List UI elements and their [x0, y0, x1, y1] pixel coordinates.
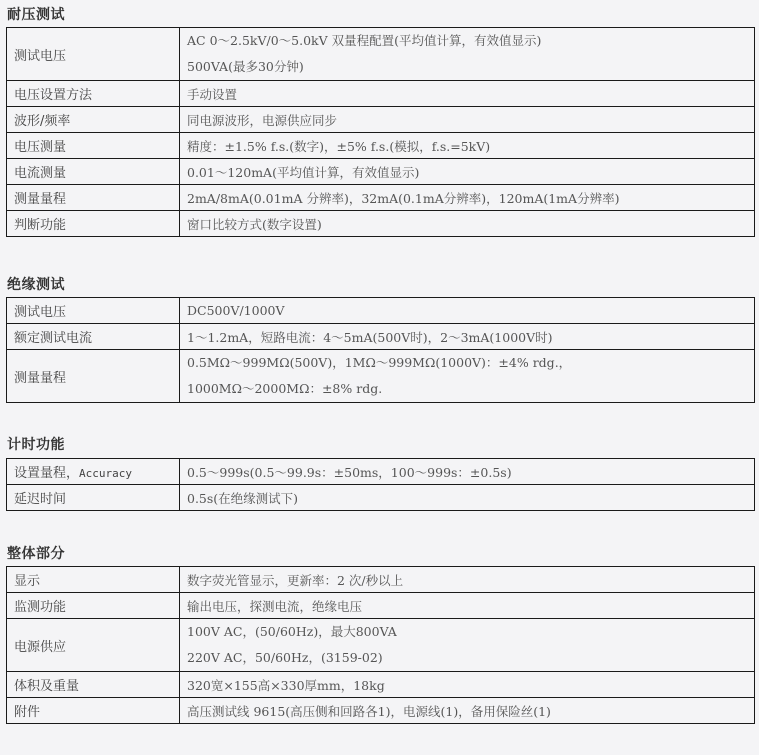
spec-value: 0.5s(在绝缘测试下): [180, 485, 755, 511]
table-row: 额定测试电流 1～1.2mA，短路电流：4～5mA(500V时)，2～3mA(1…: [7, 324, 755, 350]
spec-key: 波形/频率: [7, 107, 180, 133]
table-row: 波形/频率 同电源波形，电源供应同步: [7, 107, 755, 133]
table-row: 电源供应 100V AC，(50/60Hz)，最大800VA 220V AC，5…: [7, 619, 755, 672]
table-row: 测量量程 2mA/8mA(0.01mA 分辨率)，32mA(0.1mA分辨率)，…: [7, 185, 755, 211]
spec-value: 数字荧光管显示，更新率：2 次/秒以上: [180, 567, 755, 593]
spec-key: 测试电压: [7, 28, 180, 81]
spec-value: 2mA/8mA(0.01mA 分辨率)，32mA(0.1mA分辨率)，120mA…: [180, 185, 755, 211]
insulation-spec-table: 测试电压 DC500V/1000V 额定测试电流 1～1.2mA，短路电流：4～…: [6, 297, 755, 403]
spec-key: 电压测量: [7, 133, 180, 159]
spec-key: 额定测试电流: [7, 324, 180, 350]
spec-value: 1～1.2mA，短路电流：4～5mA(500V时)，2～3mA(1000V时): [180, 324, 755, 350]
table-row: 附件 高压测试线 9615(高压侧和回路各1)，电源线(1)，备用保险丝(1): [7, 698, 755, 724]
spec-value-line: 500VA(最多30分钟): [187, 54, 754, 80]
spec-key: 体积及重量: [7, 672, 180, 698]
spec-value: 0.5～999s(0.5～99.9s：±50ms，100～999s：±0.5s): [180, 459, 755, 485]
spec-value-line: 1000MΩ～2000MΩ：±8% rdg.: [187, 376, 754, 402]
section-title-timer-function: 计时功能: [7, 434, 65, 454]
spec-key: 延迟时间: [7, 485, 180, 511]
withstand-voltage-spec-table: 测试电压 AC 0～2.5kV/0～5.0kV 双量程配置(平均值计算，有效值显…: [6, 27, 755, 237]
spec-key: 监测功能: [7, 593, 180, 619]
table-row: 电流测量 0.01～120mA(平均值计算，有效值显示): [7, 159, 755, 185]
section-title-insulation-test: 绝缘测试: [7, 274, 65, 294]
spec-value: AC 0～2.5kV/0～5.0kV 双量程配置(平均值计算，有效值显示) 50…: [180, 28, 755, 81]
spec-key: 电源供应: [7, 619, 180, 672]
table-row: 电压测量 精度：±1.5% f.s.(数字)，±5% f.s.(模拟，f.s.=…: [7, 133, 755, 159]
spec-value-line: 0.5MΩ～999MΩ(500V)，1MΩ～999MΩ(1000V)：±4% r…: [187, 350, 754, 376]
spec-value: DC500V/1000V: [180, 298, 755, 324]
table-row: 测试电压 AC 0～2.5kV/0～5.0kV 双量程配置(平均值计算，有效值显…: [7, 28, 755, 81]
timer-spec-table: 设置量程，Accuracy 0.5～999s(0.5～99.9s：±50ms，1…: [6, 458, 755, 511]
spec-value: 窗口比较方式(数字设置): [180, 211, 755, 237]
spec-value: 同电源波形，电源供应同步: [180, 107, 755, 133]
table-row: 电压设置方法 手动设置: [7, 81, 755, 107]
spec-value: 100V AC，(50/60Hz)，最大800VA 220V AC，50/60H…: [180, 619, 755, 672]
spec-key-accuracy: Accuracy: [79, 467, 132, 480]
spec-value: 0.01～120mA(平均值计算，有效值显示): [180, 159, 755, 185]
table-row: 测量量程 0.5MΩ～999MΩ(500V)，1MΩ～999MΩ(1000V)：…: [7, 350, 755, 403]
general-spec-table: 显示 数字荧光管显示，更新率：2 次/秒以上 监测功能 输出电压，探测电流，绝缘…: [6, 566, 755, 724]
spec-value-line: 100V AC，(50/60Hz)，最大800VA: [187, 619, 754, 645]
spec-value: 输出电压，探测电流，绝缘电压: [180, 593, 755, 619]
table-row: 显示 数字荧光管显示，更新率：2 次/秒以上: [7, 567, 755, 593]
table-row: 判断功能 窗口比较方式(数字设置): [7, 211, 755, 237]
table-row: 延迟时间 0.5s(在绝缘测试下): [7, 485, 755, 511]
spec-key: 显示: [7, 567, 180, 593]
spec-key: 设置量程，Accuracy: [7, 459, 180, 485]
table-row: 测试电压 DC500V/1000V: [7, 298, 755, 324]
spec-value: 高压测试线 9615(高压侧和回路各1)，电源线(1)，备用保险丝(1): [180, 698, 755, 724]
spec-value-line: 220V AC，50/60Hz，(3159-02): [187, 645, 754, 671]
spec-value-line: AC 0～2.5kV/0～5.0kV 双量程配置(平均值计算，有效值显示): [187, 28, 754, 54]
table-row: 设置量程，Accuracy 0.5～999s(0.5～99.9s：±50ms，1…: [7, 459, 755, 485]
spec-key-label: 设置量程，: [14, 466, 79, 481]
spec-value: 手动设置: [180, 81, 755, 107]
spec-key: 附件: [7, 698, 180, 724]
spec-key: 判断功能: [7, 211, 180, 237]
section-title-withstand-voltage-test: 耐压测试: [7, 4, 65, 24]
spec-value: 0.5MΩ～999MΩ(500V)，1MΩ～999MΩ(1000V)：±4% r…: [180, 350, 755, 403]
spec-key: 测量量程: [7, 350, 180, 403]
spec-key: 电流测量: [7, 159, 180, 185]
spec-key: 测试电压: [7, 298, 180, 324]
spec-key: 测量量程: [7, 185, 180, 211]
spec-key: 电压设置方法: [7, 81, 180, 107]
spec-value: 320宽×155高×330厚mm，18kg: [180, 672, 755, 698]
table-row: 监测功能 输出电压，探测电流，绝缘电压: [7, 593, 755, 619]
table-row: 体积及重量 320宽×155高×330厚mm，18kg: [7, 672, 755, 698]
spec-value: 精度：±1.5% f.s.(数字)，±5% f.s.(模拟，f.s.=5kV): [180, 133, 755, 159]
section-title-general: 整体部分: [7, 543, 65, 563]
